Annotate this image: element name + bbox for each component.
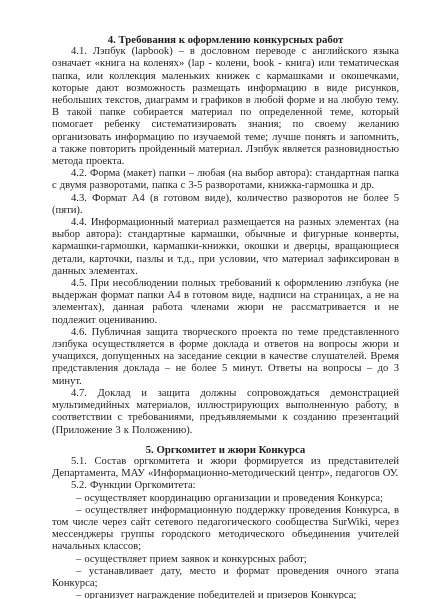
orgcommittee-function-item: – устанавливает дату, место и формат про… (52, 566, 399, 590)
paragraph-4-6: 4.6. Публичная защита творческого проект… (52, 327, 399, 388)
paragraph-4-3: 4.3. Формат А4 (в готовом виде), количес… (52, 193, 399, 217)
orgcommittee-function-item: – осуществляет информационную поддержку … (52, 505, 399, 554)
document-page: 4. Требования к оформлению конкурсных ра… (0, 0, 424, 599)
section-5-heading: 5. Оргкомитет и жюри Конкурса (52, 444, 399, 456)
paragraph-4-1: 4.1. Лэпбук (lapbook) – в дословном пере… (52, 46, 399, 168)
orgcommittee-function-item: – осуществляет прием заявок и конкурсных… (52, 554, 399, 566)
orgcommittee-function-item: – организует награждение победителей и п… (52, 590, 399, 599)
paragraph-4-7: 4.7. Доклад и защита должны сопровождать… (52, 388, 399, 437)
paragraph-4-5: 4.5. При несоблюдении полных требований … (52, 278, 399, 327)
paragraph-5-1: 5.1. Состав оргкомитета и жюри формирует… (52, 456, 399, 480)
paragraph-4-2: 4.2. Форма (макет) папки – любая (на выб… (52, 168, 399, 192)
section-4-heading: 4. Требования к оформлению конкурсных ра… (52, 34, 399, 46)
paragraph-4-4: 4.4. Информационный материал размещается… (52, 217, 399, 278)
orgcommittee-function-item: – осуществляет координацию организации и… (52, 493, 399, 505)
paragraph-5-2: 5.2. Функции Оргкомитета: (52, 480, 399, 492)
